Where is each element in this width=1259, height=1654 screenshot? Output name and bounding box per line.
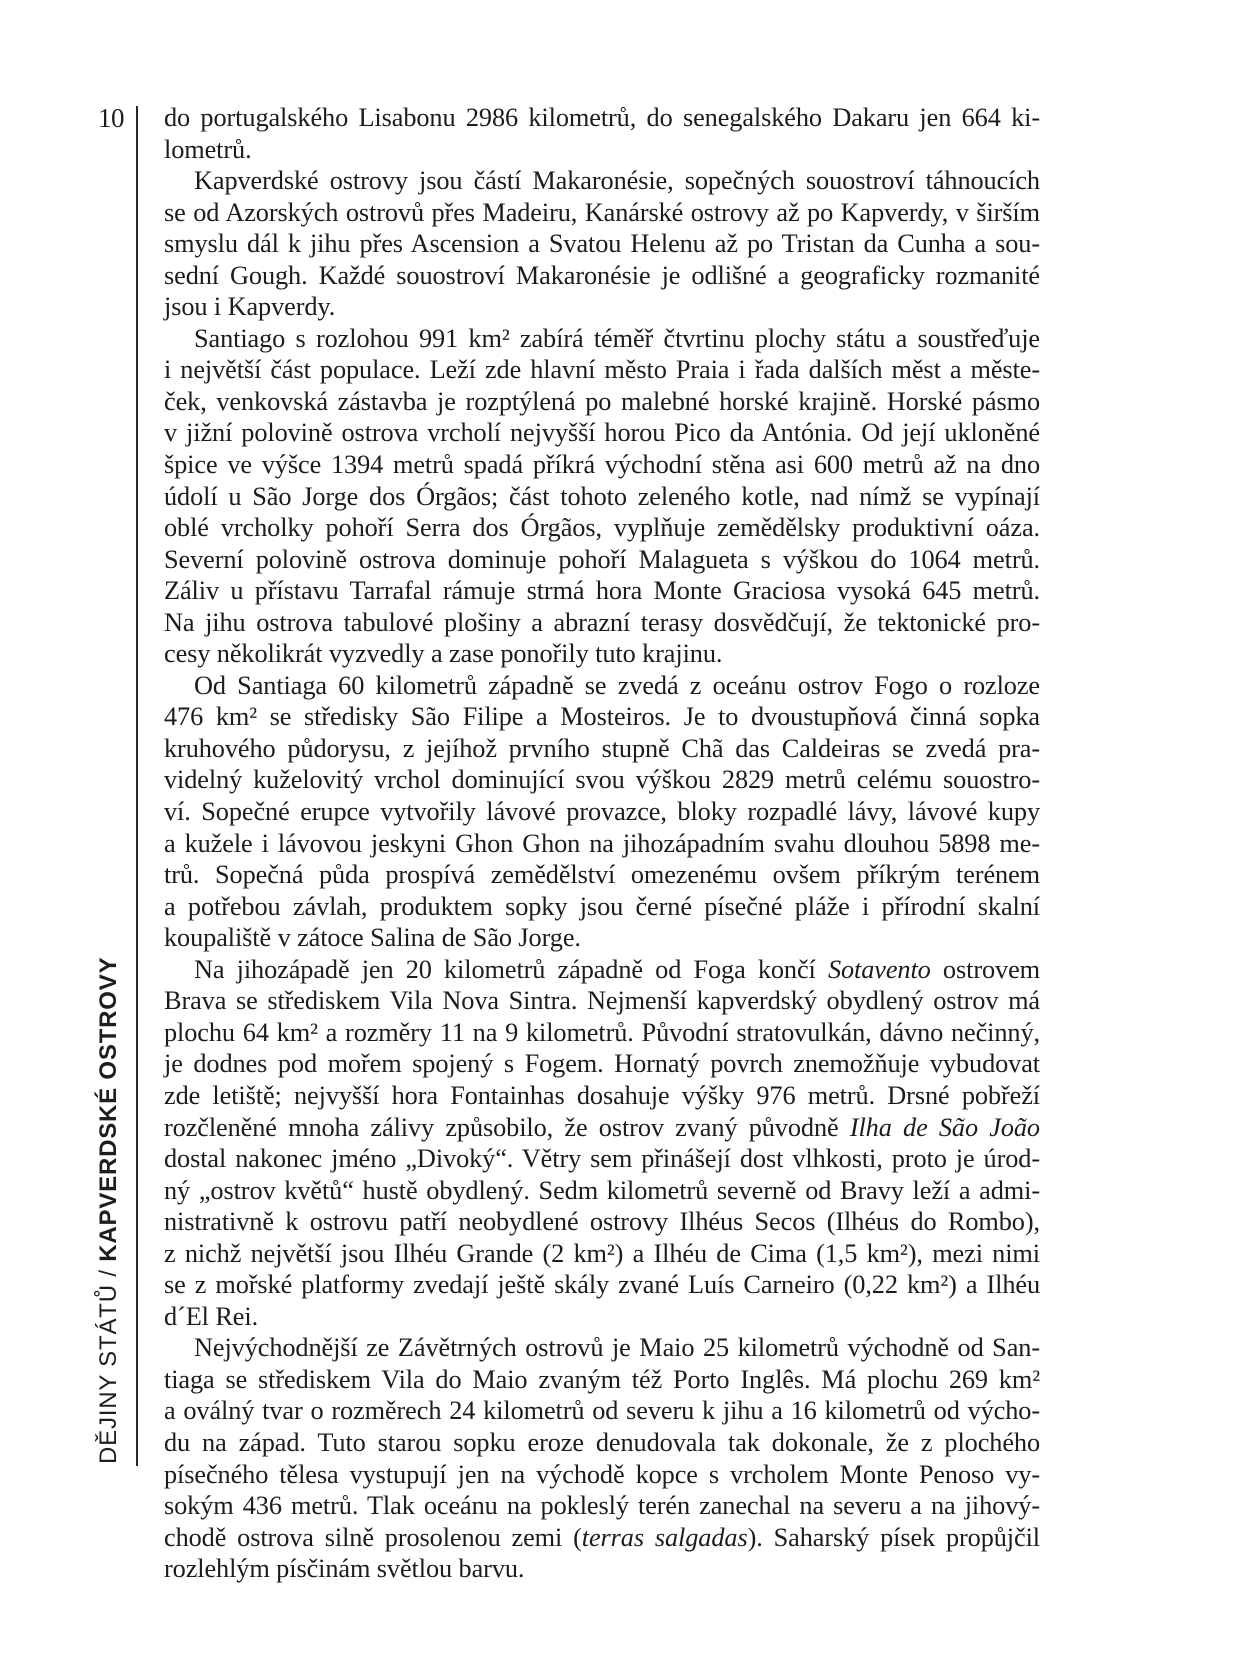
text-line: ví. Sopečné erupce vytvořily lávové prov… (164, 796, 1040, 828)
text-line: koupaliště v zátoce Salina de São Jorge. (164, 922, 1040, 954)
text-line: 476 km² se středisky São Filipe a Mostei… (164, 701, 1040, 733)
text-line: údolí u São Jorge dos Órgãos; část tohot… (164, 481, 1040, 513)
text-line: a kužele i lávovou jeskyni Ghon Ghon na … (164, 828, 1040, 860)
text-line: ček, venkovská zástavba je rozptýlená po… (164, 386, 1040, 418)
paragraph: Nejvýchodnější ze Závětrných ostrovů je … (164, 1332, 1040, 1584)
text-line: Kapverdské ostrovy jsou částí Makaronési… (164, 165, 1040, 197)
section-label: DĚJINY STÁTŮ / (95, 1262, 122, 1464)
text-line: trů. Sopečná půda prospívá zemědělství o… (164, 859, 1040, 891)
text-line: a potřebou závlah, produktem sopky jsou … (164, 891, 1040, 923)
italic-term: terras salgadas (582, 1523, 748, 1552)
text-line: a oválný tvar o rozměrech 24 kilometrů o… (164, 1395, 1040, 1427)
text-line: lometrů. (164, 134, 1040, 166)
text-line: Severní polovině ostrova dominuje pohoří… (164, 544, 1040, 576)
text-line: dostal nakonec jméno „Divoký“. Větry sem… (164, 1143, 1040, 1175)
text-line: rozčleněné mnoha zálivy způsobilo, že os… (164, 1112, 1040, 1144)
paragraph: Santiago s rozlohou 991 km² zabírá téměř… (164, 323, 1040, 670)
text-line: špice ve výšce 1394 metrů spadá příkrá v… (164, 449, 1040, 481)
text-line: zde letiště; nejvyšší hora Fontainhas do… (164, 1080, 1040, 1112)
text-run: Na jihozápadě jen 20 kilometrů západně o… (194, 955, 828, 984)
text-line: v jižní polovině ostrova vrcholí nejvyšš… (164, 417, 1040, 449)
book-page: 10 DĚJINY STÁTŮ / KAPVERDSKÉ OSTROVY do … (0, 0, 1259, 1654)
text-line: Nejvýchodnější ze Závětrných ostrovů je … (164, 1332, 1040, 1364)
text-line: Od Santiaga 60 kilometrů západně se zved… (164, 670, 1040, 702)
text-line: videlný kuželovitý vrchol dominující svo… (164, 764, 1040, 796)
text-run: rozčleněné mnoha zálivy způsobilo, že os… (164, 1113, 850, 1142)
paragraph: Kapverdské ostrovy jsou částí Makaronési… (164, 165, 1040, 323)
body-text: do portugalského Lisabonu 2986 kilometrů… (164, 102, 1040, 1585)
paragraph: Od Santiaga 60 kilometrů západně se zved… (164, 670, 1040, 954)
text-line: smyslu dál k jihu přes Ascension a Svato… (164, 228, 1040, 260)
text-line: z nichž největší jsou Ilhéu Grande (2 km… (164, 1238, 1040, 1270)
text-line: cesy několikrát vyzvedly a zase ponořily… (164, 638, 1040, 670)
text-line: je dodnes pod mořem spojený s Fogem. Hor… (164, 1048, 1040, 1080)
text-line: chodě ostrova silně prosolenou zemi (ter… (164, 1522, 1040, 1554)
chapter-label: KAPVERDSKÉ OSTROVY (95, 957, 122, 1262)
text-line: rozlehlým písčinám světlou barvu. (164, 1553, 1040, 1585)
text-line: ný „ostrov květů“ hustě obydlený. Sedm k… (164, 1175, 1040, 1207)
italic-term: Ilha de São João (850, 1113, 1040, 1142)
text-line: sední Gough. Každé souostroví Makaronési… (164, 260, 1040, 292)
text-line: Na jihu ostrova tabulové plošiny a abraz… (164, 607, 1040, 639)
paragraph: do portugalského Lisabonu 2986 kilometrů… (164, 102, 1040, 165)
text-run: ). Saharský písek propůjčil (748, 1523, 1040, 1552)
text-run: ostrovem (931, 955, 1040, 984)
running-section-label: DĚJINY STÁTŮ / KAPVERDSKÉ OSTROVY (94, 957, 124, 1464)
text-line: i největší část populace. Leží zde hlavn… (164, 354, 1040, 386)
text-line: du na západ. Tuto starou sopku eroze den… (164, 1427, 1040, 1459)
italic-term: Sotavento (828, 955, 931, 984)
text-line: písečného tělesa vystupují jen na východ… (164, 1459, 1040, 1491)
text-line: Santiago s rozlohou 991 km² zabírá téměř… (164, 323, 1040, 355)
text-line: jsou i Kapverdy. (164, 291, 1040, 323)
text-line: se od Azorských ostrovů přes Madeiru, Ka… (164, 197, 1040, 229)
text-line: Na jihozápadě jen 20 kilometrů západně o… (164, 954, 1040, 986)
text-line: Brava se střediskem Vila Nova Sintra. Ne… (164, 985, 1040, 1017)
page-number: 10 (98, 103, 124, 134)
margin-rule (136, 106, 138, 1466)
text-line: d´El Rei. (164, 1301, 1040, 1333)
text-line: nistrativně k ostrovu patří neobydlené o… (164, 1206, 1040, 1238)
text-line: kruhového půdorysu, z jejíhož prvního st… (164, 733, 1040, 765)
text-line: plochu 64 km² a rozměry 11 na 9 kilometr… (164, 1017, 1040, 1049)
text-line: tiaga se střediskem Vila do Maio zvaným … (164, 1364, 1040, 1396)
text-line: oblé vrcholky pohoří Serra dos Órgãos, v… (164, 512, 1040, 544)
paragraph: Na jihozápadě jen 20 kilometrů západně o… (164, 954, 1040, 1333)
text-line: do portugalského Lisabonu 2986 kilometrů… (164, 102, 1040, 134)
text-run: chodě ostrova silně prosolenou zemi ( (164, 1523, 582, 1552)
text-line: se z mořské platformy zvedají ještě skál… (164, 1269, 1040, 1301)
text-line: Záliv u přístavu Tarrafal rámuje strmá h… (164, 575, 1040, 607)
text-line: sokým 436 metrů. Tlak oceánu na pokleslý… (164, 1490, 1040, 1522)
